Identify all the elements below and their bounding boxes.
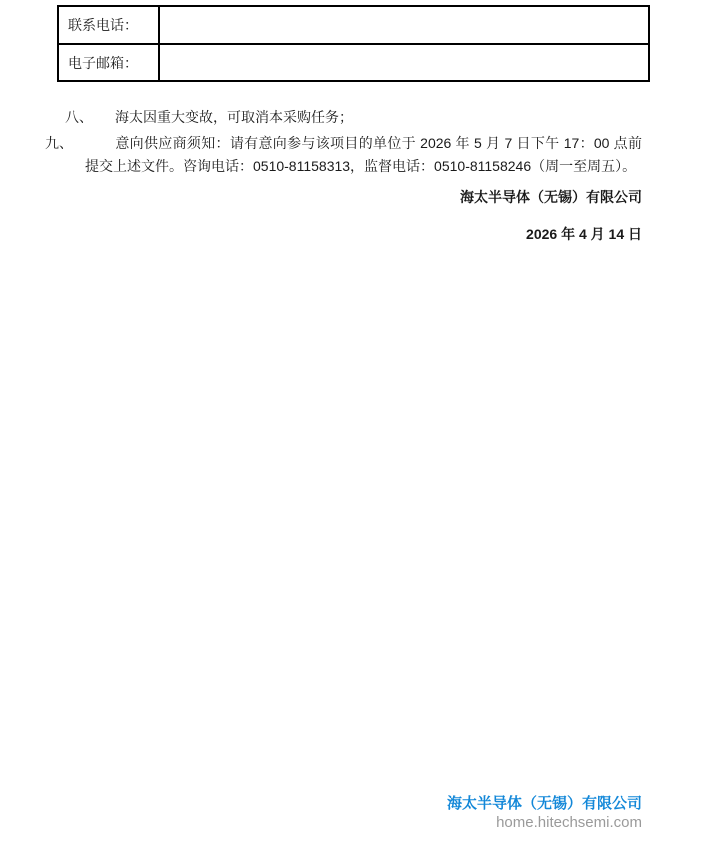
table-row: 联系电话： xyxy=(58,6,649,44)
clause-9-number: 九、 xyxy=(65,132,115,155)
signature-company-name: 海太半导体（无锡）有限公司 xyxy=(460,187,642,207)
contact-phone-label: 联系电话： xyxy=(58,6,159,44)
email-label: 电子邮箱： xyxy=(58,44,159,81)
table-row: 电子邮箱： xyxy=(58,44,649,81)
signature-date: 2026 年 4 月 14 日 xyxy=(526,224,642,244)
footer-website-url: home.hitechsemi.com xyxy=(496,814,642,831)
clause-9: 九、意向供应商须知：请有意向参与该项目的单位于 2026 年 5 月 7 日下午… xyxy=(65,132,642,178)
clause-8-text: 海太因重大变故，可取消本采购任务； xyxy=(115,109,353,125)
footer-company-name: 海太半导体（无锡）有限公司 xyxy=(447,792,642,813)
email-value xyxy=(159,44,649,81)
contact-phone-value xyxy=(159,6,649,44)
contact-table: 联系电话： 电子邮箱： xyxy=(57,5,650,82)
clause-8: 八、海太因重大变故，可取消本采购任务； xyxy=(65,106,642,129)
clause-8-number: 八、 xyxy=(65,106,115,129)
document-page: 联系电话： 电子邮箱： 八、海太因重大变故，可取消本采购任务； 九、意向供应商须… xyxy=(0,0,707,862)
clause-9-text: 意向供应商须知：请有意向参与该项目的单位于 2026 年 5 月 7 日下午 1… xyxy=(85,135,642,174)
